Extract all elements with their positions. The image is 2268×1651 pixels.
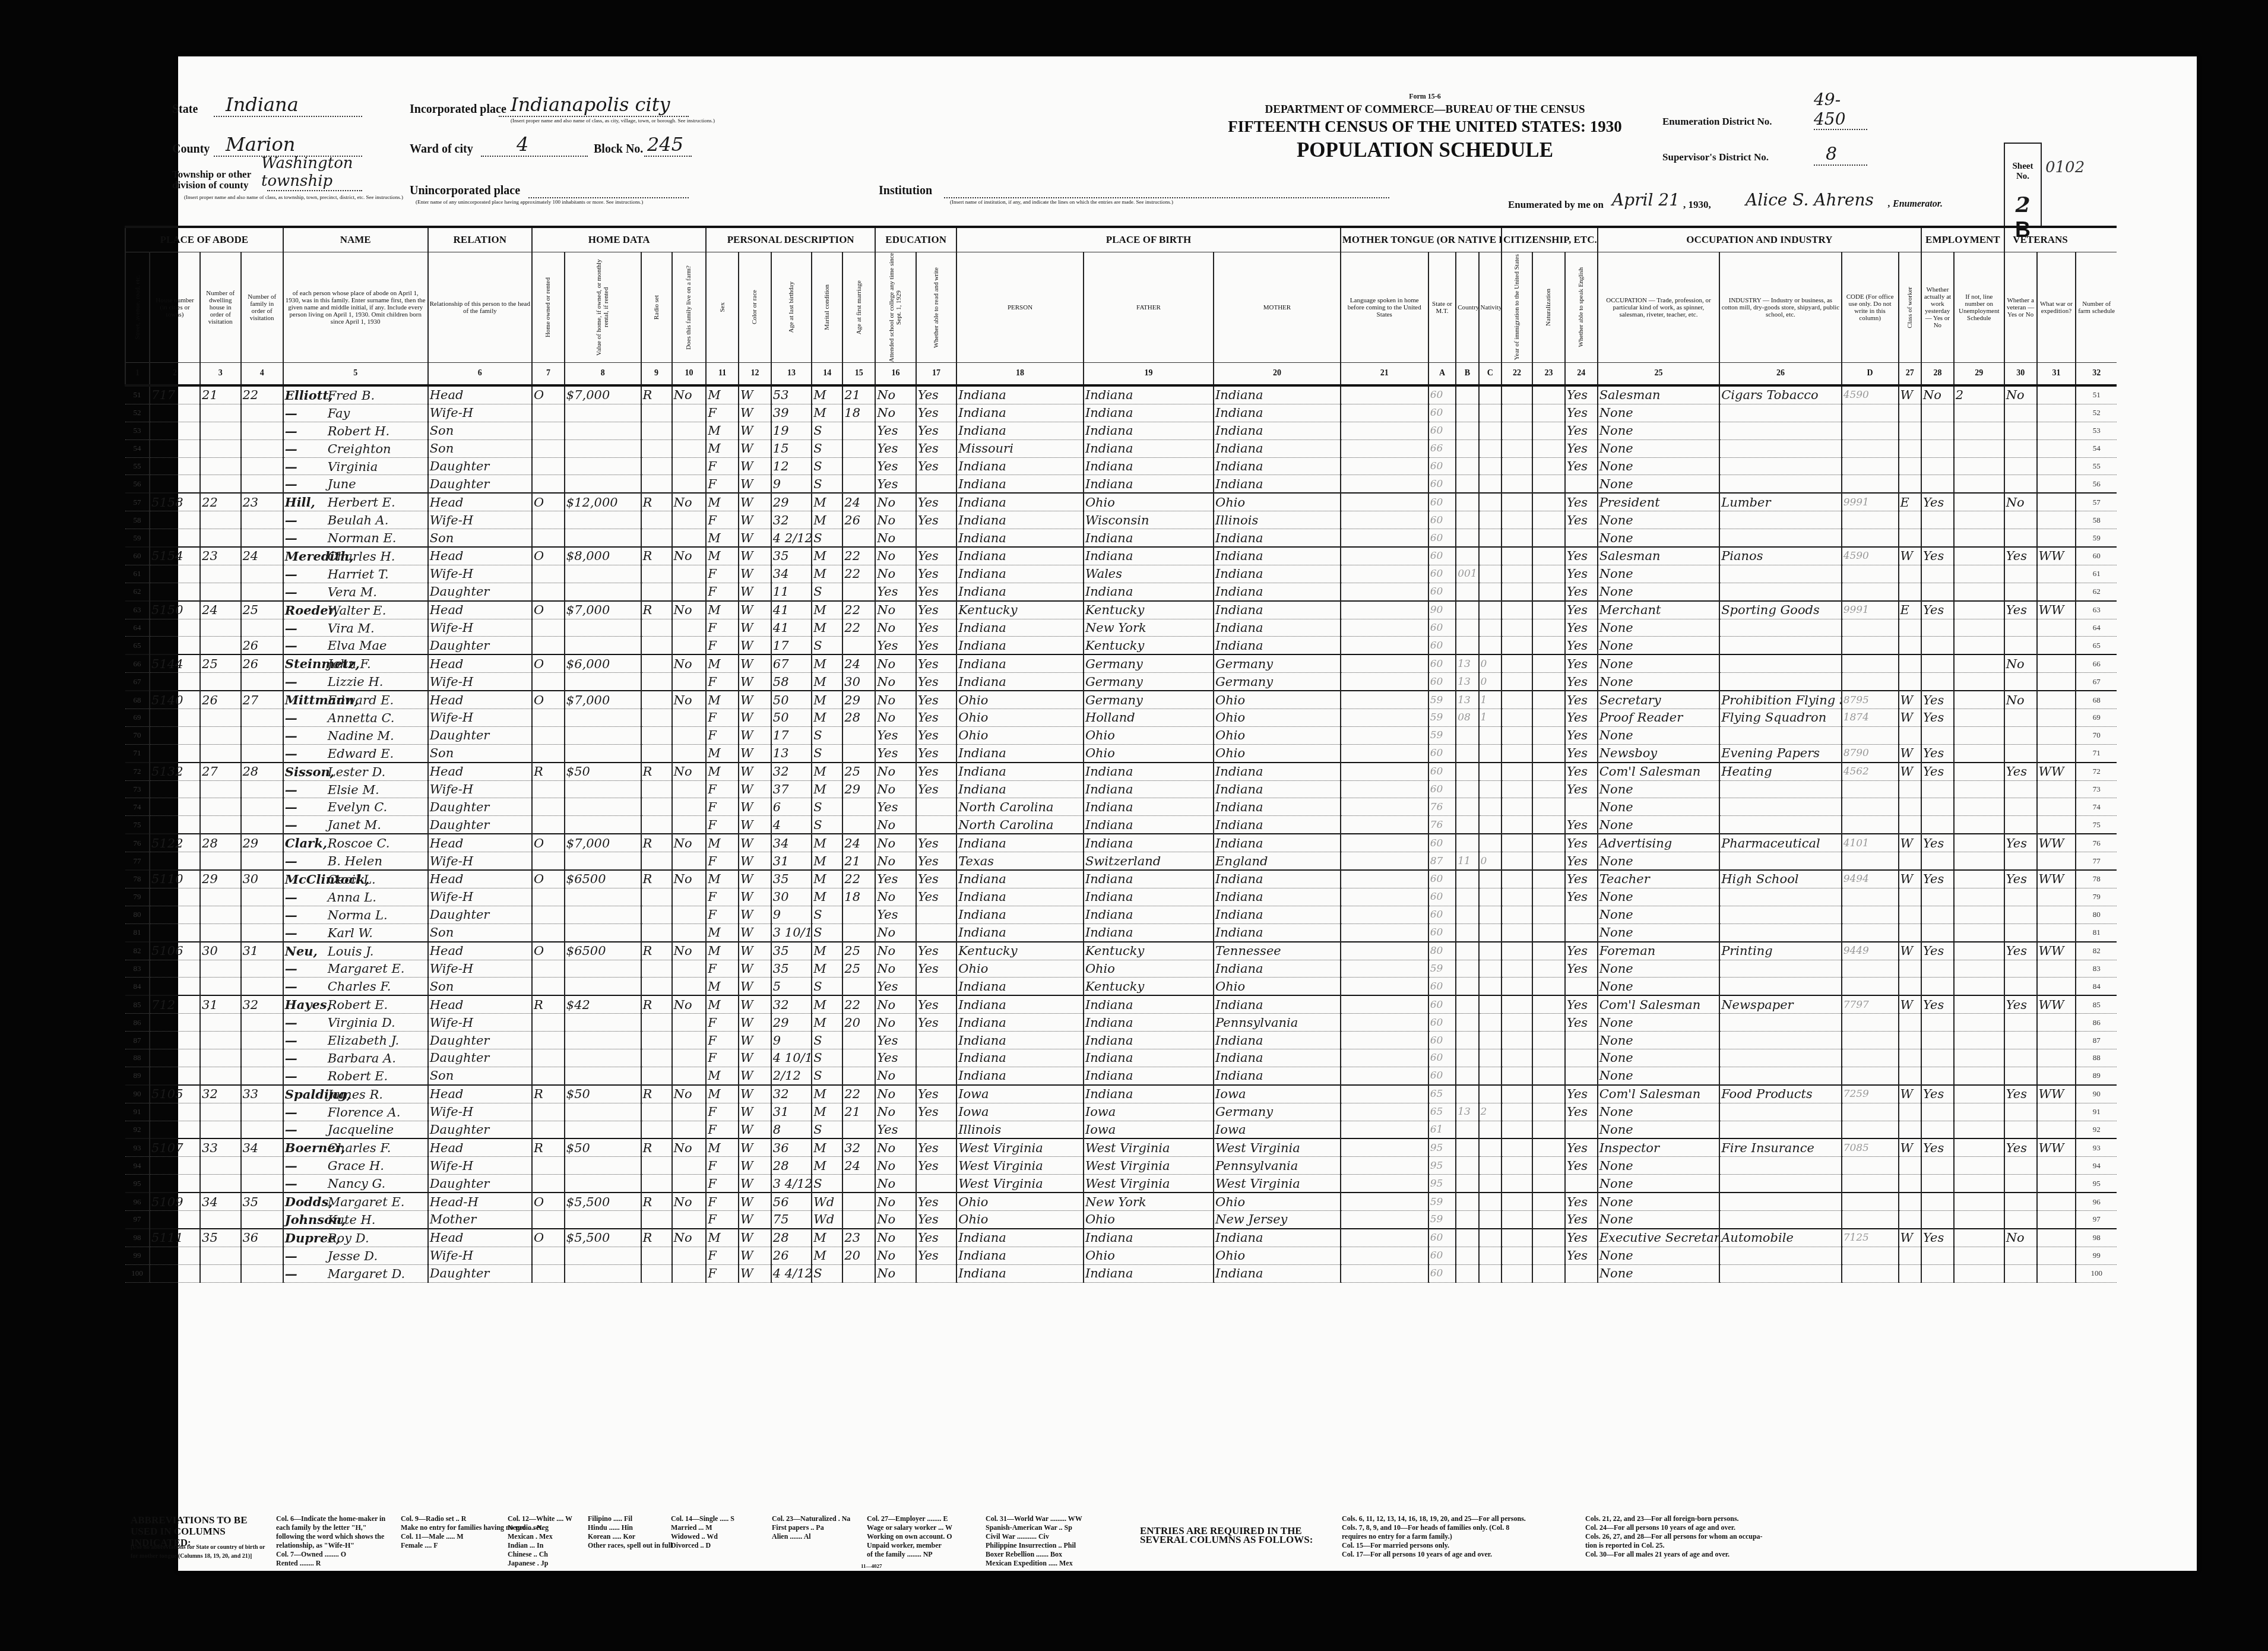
cell-codeA: 60 — [1428, 744, 1456, 762]
cell-fam — [241, 1175, 283, 1193]
cell-radio — [641, 1175, 672, 1193]
cell-rel: Head — [428, 1138, 532, 1156]
cell-read: Yes — [916, 763, 957, 780]
cell-house — [150, 529, 200, 547]
person-name: —Virginia — [283, 457, 428, 475]
column-number: 27 — [1899, 363, 1921, 386]
cell-fam — [241, 619, 283, 637]
cell-val — [565, 923, 641, 941]
cell-fam — [241, 565, 283, 583]
line-number: 67 — [125, 673, 150, 691]
table-row: 53—Robert H.SonMW19SYesYesIndianaIndiana… — [125, 422, 2117, 439]
cell-codeC — [1479, 1247, 1502, 1264]
cell-unemp — [1954, 583, 2004, 600]
cell-read — [916, 816, 957, 834]
cell-read: Yes — [916, 637, 957, 654]
cell-bp: West Virginia — [956, 1138, 1084, 1156]
column-number: 32 — [2076, 363, 2117, 386]
cell-bpf: Indiana — [1084, 763, 1214, 780]
cell-dw — [200, 457, 240, 475]
given-name: Louis J. — [328, 944, 374, 959]
cell-val — [565, 798, 641, 816]
given-name: Virginia D. — [328, 1016, 395, 1030]
table-row: 5751582223Hill,Herbert E.HeadO$12,000RNo… — [125, 493, 2117, 511]
cell-house — [150, 852, 200, 870]
cell-work: Yes — [1921, 995, 1954, 1013]
cell-vet — [2004, 726, 2037, 744]
cell-bp: Ohio — [956, 726, 1084, 744]
cell-agem: 25 — [842, 942, 875, 960]
column-label: House number (in cities or towns) — [151, 297, 198, 318]
cell-codeA: 60 — [1428, 475, 1456, 493]
table-row: 8251063031Neu,Louis J.HeadO$6500RNoMW35M… — [125, 942, 2117, 960]
cell-rel: Head — [428, 942, 532, 960]
cell-val: $5,500 — [565, 1229, 641, 1247]
cell-age: 13 — [771, 744, 812, 762]
cell-cls: W — [1899, 995, 1921, 1013]
cell-imm — [1502, 834, 1532, 852]
cell-radio: R — [641, 1085, 672, 1103]
cell-agem: 25 — [842, 763, 875, 780]
cell-mar: M — [812, 619, 842, 637]
cell-unemp — [1954, 1067, 2004, 1084]
line-number: 81 — [125, 923, 150, 941]
cell-sex: F — [706, 565, 739, 583]
cell-sch: No — [875, 619, 916, 637]
cell-eng: Yes — [1565, 852, 1598, 870]
line-number: 70 — [125, 726, 150, 744]
cell-codeC — [1479, 1032, 1502, 1049]
cell-fam — [241, 726, 283, 744]
column-number: 8 — [565, 363, 641, 386]
cell-ind: Evening Papers — [1719, 744, 1841, 762]
cell-work — [1921, 780, 1954, 798]
cell-bpf: Switzerland — [1084, 852, 1214, 870]
cell-agem — [842, 1193, 875, 1210]
cell-nat — [1532, 923, 1565, 941]
cell-age: 17 — [771, 726, 812, 744]
cell-sch: No — [875, 780, 916, 798]
cell-eng: Yes — [1565, 780, 1598, 798]
cell-house — [150, 422, 200, 439]
cell-farm — [672, 1049, 707, 1067]
cell-read: Yes — [916, 1210, 957, 1228]
cell-dw — [200, 1103, 240, 1121]
cell-bp: Indiana — [956, 457, 1084, 475]
cell-radio — [641, 1210, 672, 1228]
entries-required-b: Cols. 21, 22, and 23—For all foreign-bor… — [1585, 1514, 1763, 1559]
ed-value: 49-450 — [1814, 90, 1867, 129]
cell-ind — [1719, 1067, 1841, 1084]
cell-ind — [1719, 852, 1841, 870]
entries-required-a: Cols. 6, 11, 12, 13, 14, 16, 18, 19, 20,… — [1342, 1514, 1526, 1559]
cell-lang — [1341, 1014, 1428, 1032]
cell-codeD — [1842, 978, 1899, 995]
line-number: 63 — [2076, 601, 2117, 619]
cell-own — [532, 511, 565, 529]
cell-rel: Wife-H — [428, 511, 532, 529]
column-number: C — [1479, 363, 1502, 386]
cell-mar: S — [812, 906, 842, 923]
cell-bpf: Iowa — [1084, 1121, 1214, 1138]
township-field: Washington township — [267, 172, 362, 191]
cell-eng: Yes — [1565, 673, 1598, 691]
cell-agem: 23 — [842, 1229, 875, 1247]
cell-agem — [842, 906, 875, 923]
cell-agem — [842, 744, 875, 762]
cell-vet: Yes — [2004, 942, 2037, 960]
cell-codeB — [1456, 923, 1478, 941]
surname: — — [285, 1122, 328, 1137]
cell-lang — [1341, 780, 1428, 798]
cell-val — [565, 511, 641, 529]
cell-agem — [842, 439, 875, 457]
cell-imm — [1502, 1193, 1532, 1210]
cell-lang — [1341, 1229, 1428, 1247]
cell-occ: None — [1598, 780, 1719, 798]
given-name: Walter E. — [328, 603, 387, 618]
table-row: 58—Beulah A.Wife-HFW32M26NoYesIndianaWis… — [125, 511, 2117, 529]
cell-ind: Pharmaceutical — [1719, 834, 1841, 852]
cell-bpf: Ohio — [1084, 1210, 1214, 1228]
cell-sex: F — [706, 475, 739, 493]
surname: — — [285, 890, 328, 904]
form-title-block: Form 15-6 DEPARTMENT OF COMMERCE—BUREAU … — [1128, 92, 1722, 162]
cell-bp: Indiana — [956, 906, 1084, 923]
cell-codeB — [1456, 385, 1478, 404]
cell-val: $6500 — [565, 870, 641, 888]
cell-war: WW — [2037, 601, 2076, 619]
cell-house — [150, 583, 200, 600]
cell-occ: President — [1598, 493, 1719, 511]
cell-codeA: 66 — [1428, 439, 1456, 457]
cell-eng: Yes — [1565, 511, 1598, 529]
ed-label: Enumeration District No. — [1662, 116, 1772, 128]
cell-unemp — [1954, 780, 2004, 798]
given-name: Herbert E. — [328, 495, 395, 510]
cell-lang — [1341, 547, 1428, 565]
cell-race: W — [739, 547, 771, 565]
cell-imm — [1502, 404, 1532, 422]
cell-mar: S — [812, 457, 842, 475]
cell-farm — [672, 422, 707, 439]
surname: — — [285, 513, 328, 527]
cell-sch: No — [875, 1193, 916, 1210]
cell-val — [565, 816, 641, 834]
cell-nat — [1532, 1014, 1565, 1032]
cell-codeB — [1456, 1175, 1478, 1193]
cell-cls: W — [1899, 691, 1921, 709]
line-number: 61 — [125, 565, 150, 583]
cell-imm — [1502, 1264, 1532, 1282]
given-name: Roscoe C. — [328, 836, 390, 850]
cell-vet — [2004, 798, 2037, 816]
line-number: 69 — [125, 709, 150, 727]
cell-fam — [241, 475, 283, 493]
given-name: Creighton — [328, 442, 391, 456]
cell-lang — [1341, 637, 1428, 654]
cell-sex: M — [706, 1085, 739, 1103]
cell-work: Yes — [1921, 744, 1954, 762]
cell-vet — [2004, 457, 2037, 475]
column-label: Number of dwelling house in order of vis… — [202, 290, 239, 325]
person-name: —Elsie M. — [283, 780, 428, 798]
cell-cls — [1899, 960, 1921, 978]
cell-bpf: Ohio — [1084, 744, 1214, 762]
column-header-1: Street, avenue, road, etc. — [125, 252, 150, 363]
cell-codeC: 0 — [1479, 852, 1502, 870]
cell-cls — [1899, 457, 1921, 475]
cell-bpf: Indiana — [1084, 422, 1214, 439]
cell-race: W — [739, 726, 771, 744]
cell-bpm: Indiana — [1214, 583, 1341, 600]
cell-radio: R — [641, 942, 672, 960]
column-number: 3 — [200, 363, 240, 386]
cell-mar: S — [812, 744, 842, 762]
cell-house — [150, 923, 200, 941]
cell-house — [150, 1264, 200, 1282]
cell-mar: M — [812, 852, 842, 870]
cell-sch: Yes — [875, 870, 916, 888]
cell-age: 3 10/12 — [771, 923, 812, 941]
cell-sex: M — [706, 995, 739, 1013]
cell-bpm: Indiana — [1214, 1067, 1341, 1084]
cell-cls — [1899, 439, 1921, 457]
column-number: D — [1842, 363, 1899, 386]
cell-race: W — [739, 385, 771, 404]
cell-fam: 24 — [241, 547, 283, 565]
column-number: 16 — [875, 363, 916, 386]
cell-codeD: 4590 — [1842, 547, 1899, 565]
cell-cls — [1899, 1175, 1921, 1193]
cell-vet — [2004, 511, 2037, 529]
cell-lang — [1341, 1138, 1428, 1156]
cell-codeA: 60 — [1428, 654, 1456, 672]
cell-farm — [672, 565, 707, 583]
cell-age: 4 4/12 — [771, 1264, 812, 1282]
abbreviations-footer: ABBREVIATIONS TO BE USED IN COLUMNS INDI… — [178, 1508, 2197, 1571]
cell-codeA: 60 — [1428, 1014, 1456, 1032]
cell-radio — [641, 475, 672, 493]
cell-own: O — [532, 601, 565, 619]
cell-nat — [1532, 1121, 1565, 1138]
cell-own: O — [532, 654, 565, 672]
cell-ind — [1719, 457, 1841, 475]
cell-own — [532, 1103, 565, 1121]
cell-occ: Newsboy — [1598, 744, 1719, 762]
cell-cls — [1899, 565, 1921, 583]
cell-rel: Wife-H — [428, 888, 532, 906]
cell-sex: M — [706, 923, 739, 941]
cell-mar: M — [812, 960, 842, 978]
cell-dw — [200, 1175, 240, 1193]
cell-fam — [241, 583, 283, 600]
cell-codeD — [1842, 637, 1899, 654]
cell-occ: None — [1598, 1175, 1719, 1193]
cell-sch: Yes — [875, 637, 916, 654]
cell-codeC — [1479, 404, 1502, 422]
cell-read: Yes — [916, 870, 957, 888]
line-number: 75 — [2076, 816, 2117, 834]
given-name: B. Helen — [328, 854, 382, 868]
cell-work — [1921, 583, 1954, 600]
cell-imm — [1502, 1229, 1532, 1247]
cell-eng: Yes — [1565, 870, 1598, 888]
cell-bp: Indiana — [956, 1067, 1084, 1084]
cell-cls — [1899, 978, 1921, 995]
cell-radio — [641, 1049, 672, 1067]
line-number: 72 — [125, 763, 150, 780]
cell-read: Yes — [916, 744, 957, 762]
cell-lang — [1341, 763, 1428, 780]
cell-war — [2037, 565, 2076, 583]
cell-age: 9 — [771, 906, 812, 923]
person-name: Dodds,Margaret E. — [283, 1193, 428, 1210]
cell-work — [1921, 1014, 1954, 1032]
cell-race: W — [739, 1175, 771, 1193]
cell-agem: 20 — [842, 1014, 875, 1032]
column-group-1: Name — [283, 227, 428, 252]
cell-lang — [1341, 888, 1428, 906]
cell-farm: No — [672, 1193, 707, 1210]
cell-work — [1921, 978, 1954, 995]
cell-work — [1921, 1049, 1954, 1067]
cell-val: $50 — [565, 763, 641, 780]
schedule-title: POPULATION SCHEDULE — [1128, 138, 1722, 162]
column-label: Age at last birthday — [788, 282, 795, 333]
cell-radio — [641, 960, 672, 978]
census-title: FIFTEENTH CENSUS OF THE UNITED STATES: 1… — [1128, 118, 1722, 136]
cell-codeA: 60 — [1428, 870, 1456, 888]
cell-war — [2037, 1032, 2076, 1049]
table-row: 7251322728Sisson,Lester D.HeadR$50RNoMW3… — [125, 763, 2117, 780]
cell-mar: S — [812, 422, 842, 439]
cell-war — [2037, 637, 2076, 654]
given-name: Norman E. — [328, 531, 397, 545]
column-header-23: Naturalization — [1532, 252, 1565, 363]
cell-occ: None — [1598, 404, 1719, 422]
cell-sex: F — [706, 960, 739, 978]
cell-imm — [1502, 493, 1532, 511]
cell-eng: Yes — [1565, 888, 1598, 906]
cell-imm — [1502, 906, 1532, 923]
cell-farm: No — [672, 1085, 707, 1103]
cell-radio — [641, 637, 672, 654]
given-name: John F. — [328, 657, 371, 671]
cell-sex: F — [706, 673, 739, 691]
cell-ind: Newspaper — [1719, 995, 1841, 1013]
cell-bpm: Germany — [1214, 1103, 1341, 1121]
cell-radio — [641, 673, 672, 691]
cell-fam — [241, 978, 283, 995]
cell-ind — [1719, 1121, 1841, 1138]
cell-unemp — [1954, 547, 2004, 565]
cell-nat — [1532, 1264, 1565, 1282]
cell-war — [2037, 726, 2076, 744]
cell-read — [916, 1121, 957, 1138]
cell-nat — [1532, 1103, 1565, 1121]
cell-race: W — [739, 798, 771, 816]
line-number: 53 — [2076, 422, 2117, 439]
cell-vet — [2004, 1264, 2037, 1282]
cell-imm — [1502, 385, 1532, 404]
cell-war — [2037, 619, 2076, 637]
cell-own — [532, 816, 565, 834]
cell-imm — [1502, 763, 1532, 780]
cell-own — [532, 529, 565, 547]
unincorporated-hint: (Enter name of any unincorporated place … — [416, 199, 643, 205]
cell-fam: 33 — [241, 1085, 283, 1103]
person-name: Clark,Roscoe C. — [283, 834, 428, 852]
cell-ind — [1719, 1014, 1841, 1032]
cell-bpm: Indiana — [1214, 763, 1341, 780]
cell-eng: Yes — [1565, 1193, 1598, 1210]
cell-bpm: Iowa — [1214, 1085, 1341, 1103]
table-row: 74—Evelyn C.DaughterFW6SYesNorth Carolin… — [125, 798, 2117, 816]
cell-codeD — [1842, 529, 1899, 547]
person-name: Boerner,Charles F. — [283, 1138, 428, 1156]
cell-codeD — [1842, 906, 1899, 923]
cell-occ: None — [1598, 816, 1719, 834]
cell-age: 32 — [771, 1085, 812, 1103]
cell-house — [150, 709, 200, 727]
cell-radio — [641, 1014, 672, 1032]
cell-codeC — [1479, 601, 1502, 619]
cell-race: W — [739, 1157, 771, 1175]
cell-fam — [241, 1049, 283, 1067]
cell-rel: Head — [428, 1229, 532, 1247]
cell-fam — [241, 1247, 283, 1264]
cell-bpm: Indiana — [1214, 1049, 1341, 1067]
cell-mar: S — [812, 1264, 842, 1282]
cell-nat — [1532, 654, 1565, 672]
cell-eng — [1565, 1032, 1598, 1049]
column-header-10: Does this family live on a farm? — [672, 252, 707, 363]
column-header-11: Sex — [706, 252, 739, 363]
cell-bpm: Iowa — [1214, 1121, 1341, 1138]
cell-imm — [1502, 780, 1532, 798]
cell-bpf: Indiana — [1084, 834, 1214, 852]
cell-cls — [1899, 475, 1921, 493]
person-name: —Florence A. — [283, 1103, 428, 1121]
cell-nat — [1532, 1138, 1565, 1156]
cell-lang — [1341, 726, 1428, 744]
cell-radio — [641, 1121, 672, 1138]
cell-house — [150, 978, 200, 995]
cell-unemp — [1954, 1157, 2004, 1175]
cell-age: 35 — [771, 547, 812, 565]
cell-imm — [1502, 511, 1532, 529]
cell-codeC — [1479, 1067, 1502, 1084]
cell-bp: Indiana — [956, 511, 1084, 529]
cell-vet — [2004, 1103, 2037, 1121]
abbrev-col6: Col. 6—Indicate the home-maker in each f… — [276, 1514, 389, 1550]
cell-codeC — [1479, 511, 1502, 529]
cell-radio — [641, 780, 672, 798]
cell-cls — [1899, 619, 1921, 637]
line-number: 69 — [2076, 709, 2117, 727]
cell-sch: No — [875, 1157, 916, 1175]
cell-codeB — [1456, 457, 1478, 475]
cell-occ: None — [1598, 960, 1719, 978]
cell-sex: F — [706, 888, 739, 906]
line-number: 95 — [125, 1175, 150, 1193]
cell-nat — [1532, 942, 1565, 960]
cell-read: Yes — [916, 547, 957, 565]
cell-dw: 31 — [200, 995, 240, 1013]
cell-eng: Yes — [1565, 1210, 1598, 1228]
person-name: Spalding,James R. — [283, 1085, 428, 1103]
